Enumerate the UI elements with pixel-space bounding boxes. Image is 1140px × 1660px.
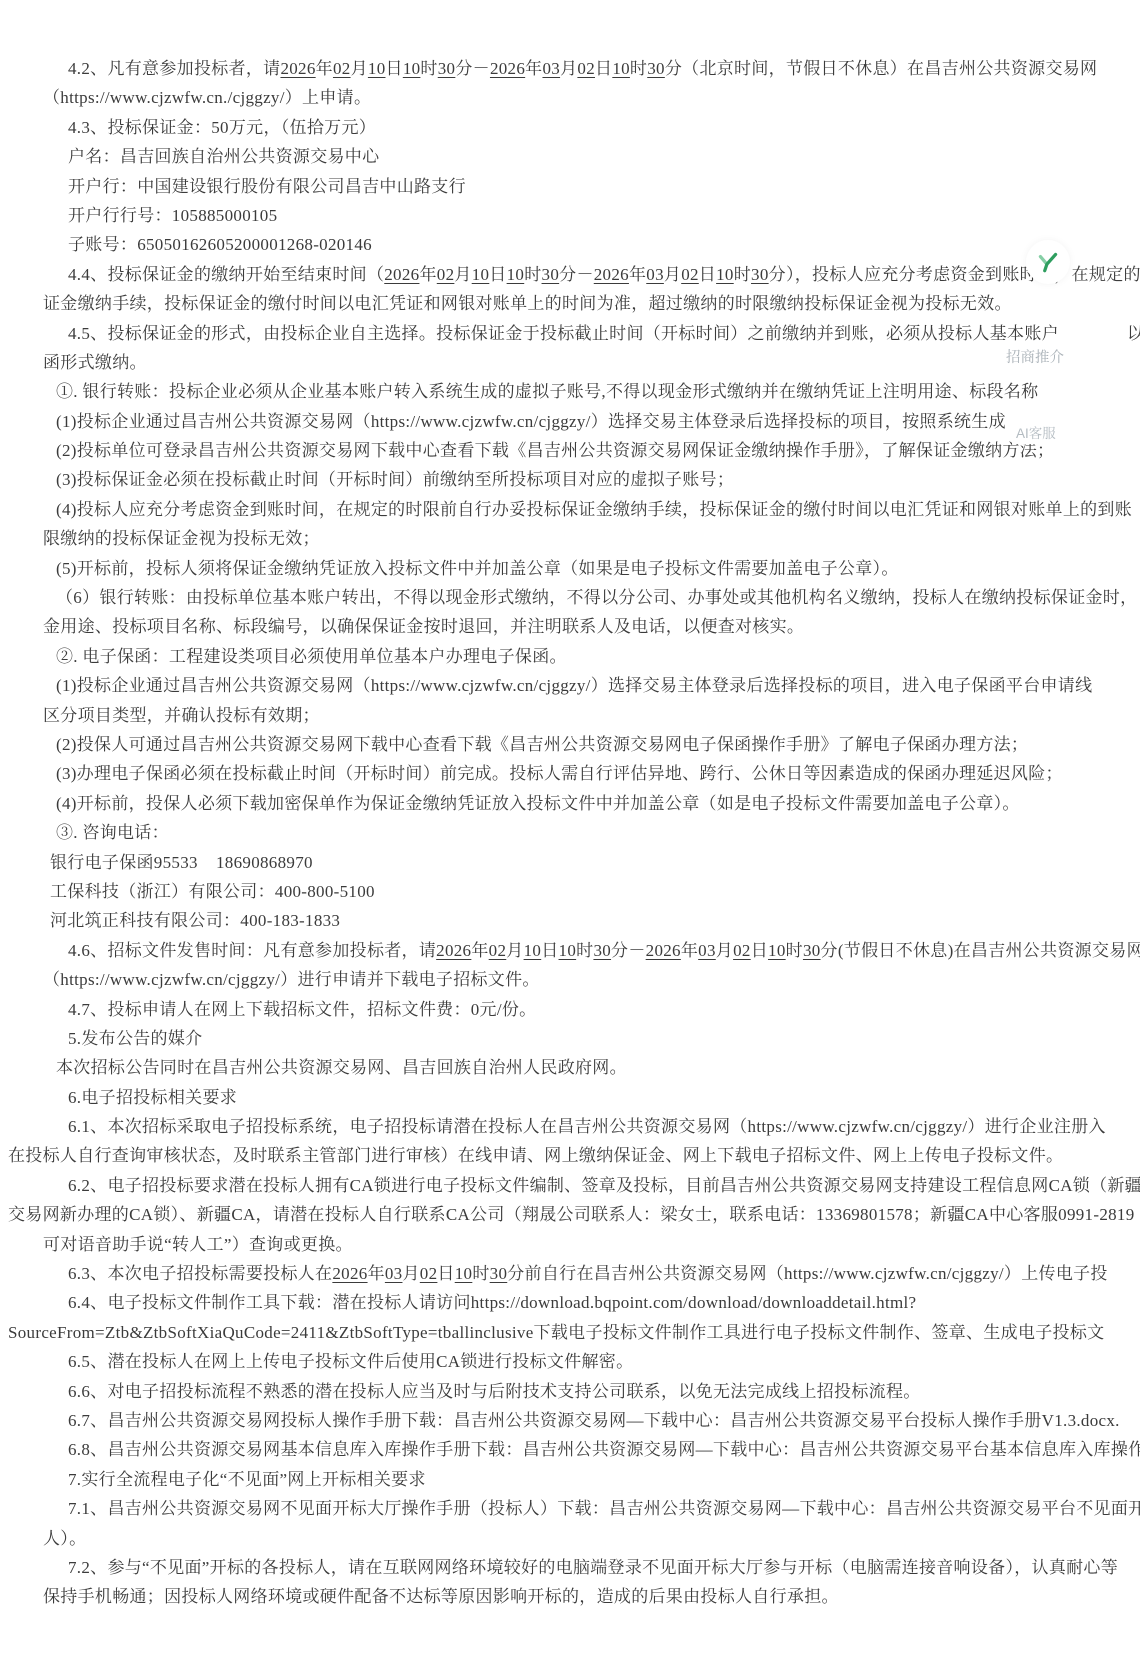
doc-line: 开户行：中国建设银行股份有限公司昌吉中山路支行 [0, 172, 1140, 201]
doc-line: 6.1、本次招标采取电子招投标系统，电子招投标请潜在投标人在昌吉州公共资源交易网… [0, 1112, 1140, 1141]
document-body: 4.2、凡有意参加投标者，请2026年02月10日10时30分－2026年03月… [0, 54, 1140, 1612]
doc-line: 6.7、昌吉州公共资源交易网投标人操作手册下载：昌吉州公共资源交易网—下载中心：… [0, 1406, 1140, 1435]
doc-line: 河北筑正科技有限公司：400-183-1833 [0, 906, 1140, 935]
doc-line: (4)投标人应充分考虑资金到账时间，在规定的时限前自行办妥投标保证金缴纳手续，投… [0, 495, 1140, 524]
doc-line: 6.3、本次电子招投标需要投标人在2026年03月02日10时30分前自行在昌吉… [0, 1259, 1140, 1288]
doc-line: (4)开标前，投保人必须下载加密保单作为保证金缴纳凭证放入投标文件中并加盖公章（… [0, 789, 1140, 818]
doc-line: 7.2、参与“不见面”开标的各投标人，请在互联网网络环境较好的电脑端登录不见面开… [0, 1553, 1140, 1582]
green-y-logo-icon [1035, 249, 1061, 275]
tender-notice-page: 4.2、凡有意参加投标者，请2026年02月10日10时30分－2026年03月… [0, 0, 1140, 1660]
doc-line: 4.4、投标保证金的缴纳开始至结束时间（2026年02月10日10时30分－20… [0, 260, 1140, 289]
doc-line: 在投标人自行查询审核状态，及时联系主管部门进行审核）在线申请、网上缴纳保证金、网… [0, 1141, 1140, 1170]
doc-line: (3)投标保证金必须在投标截止时间（开标时间）前缴纳至所投标项目对应的虚拟子账号… [0, 465, 1140, 494]
promo-widget-label[interactable]: 招商推介 [1002, 344, 1068, 369]
doc-line: 证金缴纳手续，投标保证金的缴付时间以电汇凭证和网银对账单上的时间为准，超过缴纳的… [0, 289, 1140, 318]
doc-line: 6.5、潜在投标人在网上上传电子投标文件后使用CA锁进行投标文件解密。 [0, 1347, 1140, 1376]
doc-line: (2)投标单位可登录昌吉州公共资源交易网下载中心查看下载《昌吉州公共资源交易网保… [0, 436, 1140, 465]
doc-line: 工保科技（浙江）有限公司：400-800-5100 [0, 877, 1140, 906]
doc-line: （https://www.cjzwfw.cn/cjggzy/）进行申请并下载电子… [0, 965, 1140, 994]
doc-line: 区分项目类型，并确认投标有效期； [0, 701, 1140, 730]
doc-line: 户名：昌吉回族自治州公共资源交易中心 [0, 142, 1140, 171]
doc-line: 6.8、昌吉州公共资源交易网基本信息库入库操作手册下载：昌吉州公共资源交易网—下… [0, 1435, 1140, 1464]
doc-line: （https://www.cjzwfw.cn./cjggzy/）上申请。 [0, 83, 1140, 112]
doc-line: 4.5、投标保证金的形式，由投标企业自主选择。投标保证金于投标截止时间（开标时间… [0, 319, 1140, 348]
doc-line: 7.实行全流程电子化“不见面”网上开标相关要求 [0, 1465, 1140, 1494]
doc-line: 7.1、昌吉州公共资源交易网不见面开标大厅操作手册（投标人）下载：昌吉州公共资源… [0, 1494, 1140, 1523]
doc-line: 4.2、凡有意参加投标者，请2026年02月10日10时30分－2026年03月… [0, 54, 1140, 83]
doc-line: 6.6、对电子招投标流程不熟悉的潜在投标人应当及时与后附技术支持公司联系，以免无… [0, 1377, 1140, 1406]
doc-line: ②. 电子保函：工程建设类项目必须使用单位基本户办理电子保函。 [0, 642, 1140, 671]
doc-line: 函形式缴纳。 [0, 348, 1140, 377]
doc-line: ①. 银行转账：投标企业必须从企业基本账户转入系统生成的虚拟子账号,不得以现金形… [0, 377, 1140, 406]
doc-line: (5)开标前，投标人须将保证金缴纳凭证放入投标文件中并加盖公章（如果是电子投标文… [0, 554, 1140, 583]
doc-line: 人）。 [0, 1524, 1140, 1553]
doc-line: ③. 咨询电话： [0, 818, 1140, 847]
doc-line: 6.4、电子投标文件制作工具下载：潜在投标人请访问https://downloa… [0, 1288, 1140, 1317]
doc-line: 4.7、投标申请人在网上下载招标文件，招标文件费：0元/份。 [0, 995, 1140, 1024]
doc-line: 限缴纳的投标保证金视为投标无效； [0, 524, 1140, 553]
doc-line: 交易网新办理的CA锁）、新疆CA，请潜在投标人自行联系CA公司（翔晟公司联系人：… [0, 1200, 1140, 1229]
doc-line: (3)办理电子保函必须在投标截止时间（开标时间）前完成。投标人需自行评估异地、跨… [0, 759, 1140, 788]
doc-line: 4.3、投标保证金：50万元，（伍拾万元） [0, 113, 1140, 142]
doc-line: 银行电子保函95533 18690868970 [0, 848, 1140, 877]
doc-line: （6）银行转账：由投标单位基本账户转出，不得以现金形式缴纳，不得以分公司、办事处… [0, 583, 1140, 612]
doc-line: 本次招标公告同时在昌吉州公共资源交易网、昌吉回族自治州人民政府网。 [0, 1053, 1140, 1082]
doc-line: SourceFrom=Ztb&ZtbSoftXiaQuCode=2411&Ztb… [0, 1318, 1140, 1347]
doc-line: 开户行行号：105885000105 [0, 201, 1140, 230]
doc-line: 保持手机畅通；因投标人网络环境或硬件配备不达标等原因影响开标的，造成的后果由投标… [0, 1582, 1140, 1611]
doc-line: 5.发布公告的媒介 [0, 1024, 1140, 1053]
doc-line: 6.2、电子招投标要求潜在投标人拥有CA锁进行电子投标文件编制、签章及投标，目前… [0, 1171, 1140, 1200]
doc-line: (1)投标企业通过昌吉州公共资源交易网（https://www.cjzwfw.c… [0, 407, 1140, 436]
doc-line: 6.电子招投标相关要求 [0, 1083, 1140, 1112]
doc-line: 子账号：65050162605200001268-020146 [0, 230, 1140, 259]
floating-widget-logo[interactable] [1026, 240, 1070, 284]
doc-line: 可对语音助手说“转人工”）查询或更换。 [0, 1230, 1140, 1259]
doc-line: 4.6、招标文件发售时间：凡有意参加投标者，请2026年02月10日10时30分… [0, 936, 1140, 965]
ai-support-label[interactable]: AI客服 [1012, 420, 1060, 444]
doc-line: (1)投标企业通过昌吉州公共资源交易网（https://www.cjzwfw.c… [0, 671, 1140, 700]
doc-line: 金用途、投标项目名称、标段编号，以确保保证金按时退回，并注明联系人及电话，以便查… [0, 612, 1140, 641]
doc-line: (2)投保人可通过昌吉州公共资源交易网下载中心查看下载《昌吉州公共资源交易网电子… [0, 730, 1140, 759]
